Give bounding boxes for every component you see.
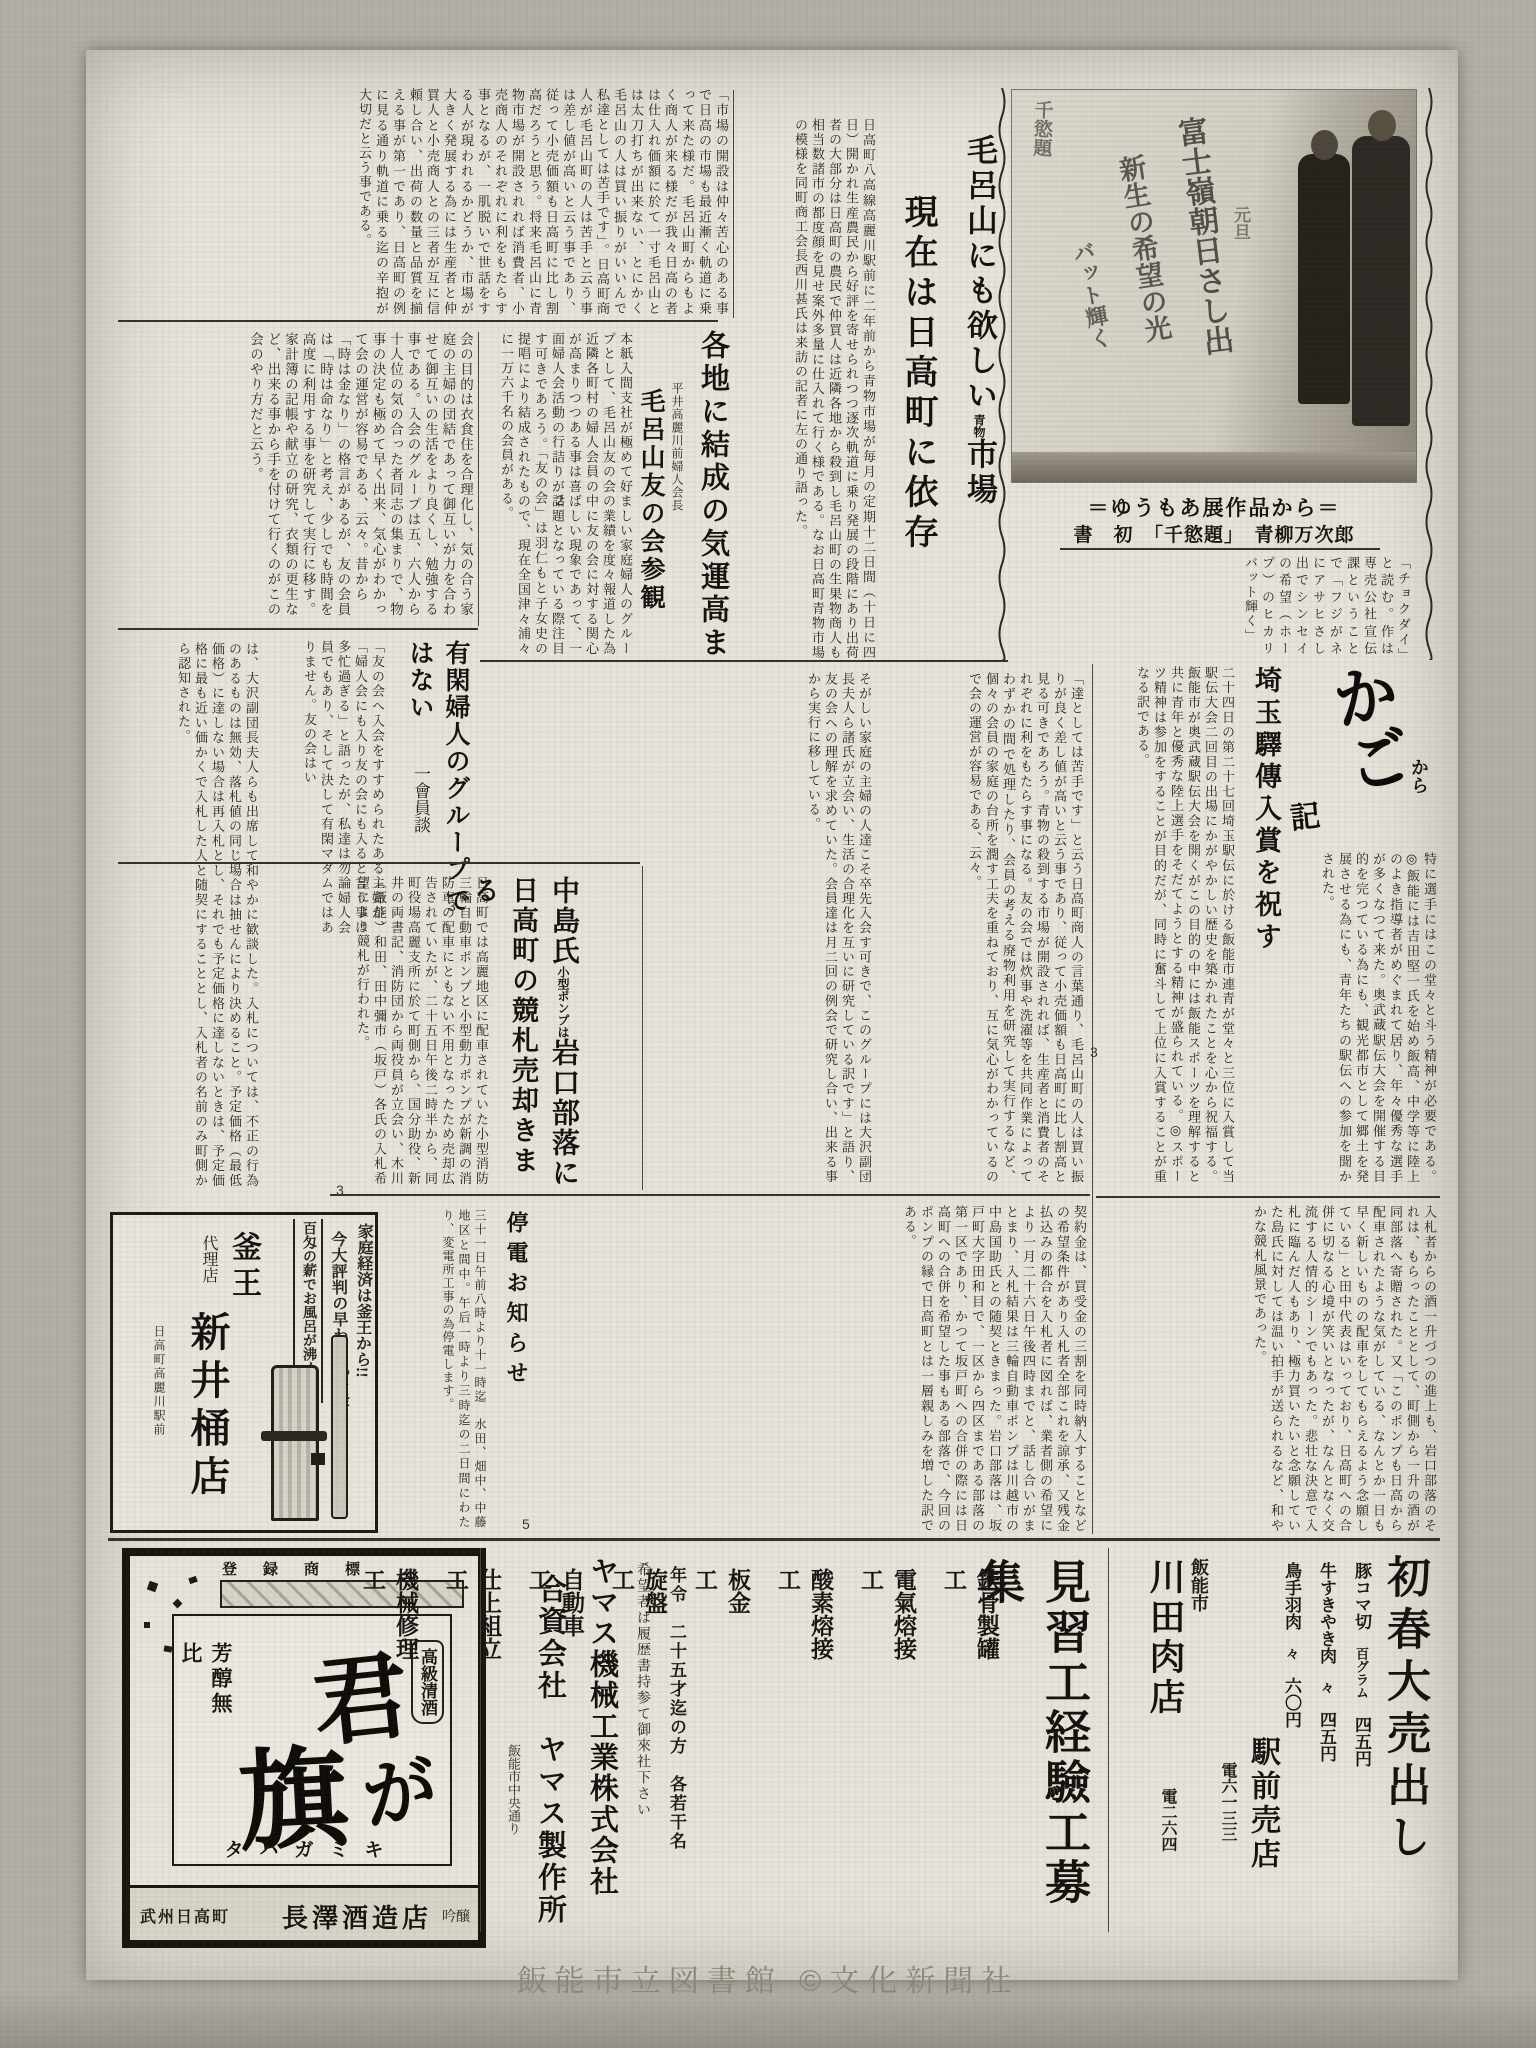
column-divider xyxy=(478,332,479,626)
meat-item-price: 六〇円 xyxy=(1282,1677,1301,1728)
photo-calligraphy-line3: バット輝く xyxy=(1066,238,1117,352)
ad-meat-headline: 初春大売出し xyxy=(1372,1554,1436,1928)
column-divider xyxy=(642,866,643,1190)
power-outage-body: 三十一日午前八時より十一時迄 水田、畑中、中藤地区と間中。午后一時より三時迄の二… xyxy=(384,1209,488,1529)
ads-top-rule xyxy=(108,1538,1440,1541)
job-column: 機械修理工 xyxy=(357,1568,423,1868)
job-suffix: 工 xyxy=(772,1568,805,1868)
ad-arai-dealer: 代理店 xyxy=(197,1235,220,1283)
count-value: 各若干名 xyxy=(667,1775,686,1851)
ad-meat-store2: 川田肉店 xyxy=(1140,1558,1191,1778)
section-rule xyxy=(330,1194,1090,1196)
job-name: 仕上組立 xyxy=(473,1568,506,1868)
ad-arai-shop: 新井桶店 xyxy=(179,1311,236,1503)
ad-recruit-company1: ヤマス機械工業株式会社 xyxy=(582,1556,623,1930)
job-column: 鉄骨製罐工 xyxy=(938,1568,1004,1868)
column-divider xyxy=(733,90,734,318)
section-rule xyxy=(118,320,718,322)
ad-sake-brewery: 長澤酒造店 xyxy=(282,1898,432,1935)
photo-caption-note: 「チョクダイ」と読む。作は専売公社宣伝課ということで「フジがネにアサヒさし出でシ… xyxy=(1096,556,1412,656)
heater-body xyxy=(271,1365,319,1521)
photo-calligraphy-title: 千慾題 xyxy=(1027,100,1056,158)
ad-recruit-conditions: 年令 二十五才迄の方 各若干名 xyxy=(664,1566,689,1926)
job-column: 仕上組立工 xyxy=(440,1568,506,1868)
ad-recruit-note: 希望者は履歴書持参て御來社下さい xyxy=(632,1562,652,1928)
bottom-strip-continuation: 契約金は、買受金の三割を同時納入することなどの希望条件があり入札者全部これを諒承… xyxy=(545,1205,1088,1533)
ad-divider xyxy=(1108,1548,1109,1932)
photo-shelf xyxy=(1012,452,1416,482)
visitor-figure xyxy=(1298,154,1350,404)
wavy-border-right xyxy=(1424,88,1434,660)
article-produce-market-headline: 毛呂山にも欲しい青物市場 現在は日高町に依存 xyxy=(880,134,1002,654)
job-column: 板金工 xyxy=(689,1568,755,1868)
ad-arai-product: 釜王 xyxy=(221,1231,265,1303)
exhibit-photo: 千慾題 富士嶺朝日さし出 新生の希望の光 バット輝く 元旦 xyxy=(1012,90,1416,482)
photo-caption-credit: 書 初 「千慾題」 青柳万次郎 xyxy=(1012,520,1416,547)
section-rule-dotted xyxy=(1096,1196,1440,1198)
headline-deck1-tail: 市場 xyxy=(962,438,997,508)
ad-meat-phone1: 電六一三三 xyxy=(1216,1762,1239,1926)
photo-calligraphy-line2: 新生の希望の光 xyxy=(1109,152,1177,345)
heater-tap xyxy=(311,1453,325,1465)
job-suffix: 工 xyxy=(440,1568,473,1868)
meat-item-unit: 々 xyxy=(1319,1681,1334,1694)
continuation-mark: 2 xyxy=(556,492,564,508)
article-bid-lead: 日高町では高麗地区に配車されていた小型消防三輪自動車ポンプと小型動力ポンプが新調… xyxy=(330,876,490,1186)
meat-item-name: 鳥手羽肉 xyxy=(1282,1562,1301,1630)
meat-item-name: 豚コマ切 xyxy=(1352,1562,1371,1630)
section-rule xyxy=(480,660,1008,662)
ad-meat-store1: 駅前売店 xyxy=(1240,1736,1284,1926)
column-body-1: 二十四日の第二十七回埼玉駅伝に於ける飯能市連青が堂々と三位に入賞して当駅伝大会二… xyxy=(1098,666,1236,1184)
job-suffix: 工 xyxy=(938,1568,971,1868)
article-produce-market-lead: 日高町八高線高麗川駅前に二年前から青物市場が毎月の定期十二日間（十日に四日）開か… xyxy=(737,118,877,660)
ink-smudge xyxy=(144,1622,150,1628)
column-body-2: 特に選手にはこの堂々と斗う精神が必要である。◎飯能には吉田堅一氏を始め飯高、中学… xyxy=(1246,852,1438,1184)
column-logo-seal: 記 xyxy=(1288,791,1322,838)
section-rule xyxy=(118,628,478,630)
job-suffix: 工 xyxy=(855,1568,888,1868)
meat-item: 牛すきやき肉 々 四五円 xyxy=(1314,1562,1339,1862)
headline-deck2: 現在は日高町に依存 xyxy=(894,194,943,554)
bath-heater-illustration xyxy=(253,1335,363,1520)
meat-item-price: 四五円 xyxy=(1317,1711,1336,1762)
visitor-figure xyxy=(1352,136,1410,426)
ad-arai-address: 日高町高麗川駅前 xyxy=(151,1325,168,1437)
job-column: 電氣熔接工 xyxy=(855,1568,921,1868)
article-bid-headline-place: 岩口部落に xyxy=(548,1038,579,1188)
ad-sake-quality: 芳醇無比 xyxy=(192,1642,236,1738)
visitor-head xyxy=(1311,130,1338,160)
article-pump-story: 入札者からの酒一升づつの進上も、岩口部落のそれは、もらったこととして、町側から一… xyxy=(1098,1205,1438,1533)
article-yukan-attribution: 一會員談 xyxy=(408,765,433,833)
column-logo: かご から 記 xyxy=(1284,662,1434,842)
ad-sake-place: 武州日高町 xyxy=(140,1904,230,1927)
ad-recruit-company2: 合資会社 ヤマス製作所 xyxy=(530,1574,571,1930)
job-name: 電氣熔接 xyxy=(888,1568,921,1868)
headline-deck1-ruby: 青物 xyxy=(972,414,986,438)
article-bid-headline-ruby: 小型ポンプは xyxy=(556,966,570,1038)
article-produce-market-body: 「市場の開設は仲々苦心のある事で日高の市場も最近漸く軌道に乗って来た様だ。毛呂山… xyxy=(118,88,730,316)
meat-item-name: 牛すきやき肉 xyxy=(1317,1562,1336,1664)
headline-deck1: 毛呂山にも欲しい青物市場 xyxy=(962,134,997,508)
article-bid-headline-block: 中島氏小型ポンプは岩口部落に 日高町の競札売却きまる xyxy=(497,876,583,1194)
article-yukan-headline1: 有閑婦人のグループ xyxy=(442,640,470,883)
job-column: 酸素熔接工 xyxy=(772,1568,838,1868)
column-divider xyxy=(1092,664,1093,1534)
continuation-mark: 5 xyxy=(522,1516,530,1532)
left-column-continuation: は、大沢副団長夫人らも出席して和やかに歓談した。入札については、不正の行為のある… xyxy=(118,642,260,1188)
meat-item: 豚コマ切 百グラム 四五円 xyxy=(1349,1562,1374,1862)
ad-sake-note: 吟醸 xyxy=(442,1906,470,1926)
column-logo-sub: から xyxy=(1406,758,1432,794)
visitor-head xyxy=(1368,110,1396,141)
age-value: 二十五才迄の方 xyxy=(667,1623,686,1756)
continuation-mark: 3 xyxy=(336,1182,344,1198)
article-tomonokai-byline: 平井高麗川前婦人会長 xyxy=(670,382,684,512)
article-tomonokai-deck: 毛呂山友の会参観 xyxy=(632,388,668,612)
job-suffix: 工 xyxy=(689,1568,722,1868)
ad-arai-okeya: 家庭経済は釜王から!! 今大評判の早わき風呂釜 百匁の薪でお風呂が沸く 釜王 代… xyxy=(110,1212,378,1533)
section-rule xyxy=(118,862,640,864)
ad-sake-footer: 武州日高町 長澤酒造店 吟醸 xyxy=(130,1885,478,1940)
ad-meat-items: 豚コマ切 百グラム 四五円 牛すきやき肉 々 四五円 鳥手羽肉 々 六〇円 xyxy=(1279,1562,1374,1862)
continuation-mark: 3 xyxy=(1090,1044,1098,1060)
ink-smudge xyxy=(147,1581,159,1593)
age-label: 年令 xyxy=(667,1566,686,1604)
article-tomonokai-headline: 各地に結成の気運高まる xyxy=(688,330,734,660)
heater-flange xyxy=(261,1431,327,1441)
article-tomonokai-byline-block: 平井高麗川前婦人会長 毛呂山友の会参観 xyxy=(638,382,686,658)
job-name: 板金 xyxy=(722,1568,755,1868)
article-bid-headline-name: 中島氏 xyxy=(548,876,579,966)
meat-item-price: 四五円 xyxy=(1352,1716,1371,1767)
ad-meat-phone2: 電二六四 xyxy=(1156,1788,1179,1928)
scan-shadow-bottom xyxy=(0,1988,1536,2048)
article-tomonokai-body: 会の目的は衣食住を合理化し、気の合う家庭の主婦の団結であって御互いが力を合わせて… xyxy=(118,332,474,622)
heater-pipe xyxy=(331,1335,348,1519)
ad-recruit-yamasu: 見習工経驗工募集 鉄骨製罐工 電氣熔接工 酸素熔接工 板金工 旋盤工 自動車工 … xyxy=(486,1548,1104,1934)
headline-deck1-main: 毛呂山にも欲しい xyxy=(962,134,997,414)
meat-item-unit: 百グラム xyxy=(1354,1647,1369,1699)
continuation-mark: 3 xyxy=(448,898,456,914)
newspaper-page: 千慾題 富士嶺朝日さし出 新生の希望の光 バット輝く 元旦 ＝ゆうもあ展作品から… xyxy=(0,0,1536,2048)
ink-smudge xyxy=(173,1599,183,1609)
ad-divider xyxy=(480,1548,481,1932)
job-name: 機械修理 xyxy=(390,1568,423,1868)
middle-column-continuation-1: 「達としては苦手です」と云う日高町商人の言葉通り、毛呂山町の人は買い振りが良く差… xyxy=(880,672,1085,1184)
photo-calligraphy-date: 元旦 xyxy=(1228,206,1253,240)
job-name: 酸素熔接 xyxy=(805,1568,838,1868)
caption-rule xyxy=(1060,548,1380,550)
power-outage-headline: 停電お知らせ xyxy=(501,1211,532,1511)
job-name: 鉄骨製罐 xyxy=(971,1568,1004,1868)
job-suffix: 工 xyxy=(357,1568,390,1868)
photo-caption: ＝ゆうもあ展作品から＝ xyxy=(1012,492,1416,522)
meat-item-unit: 々 xyxy=(1284,1647,1299,1660)
middle-column-continuation-2: そがしい家庭の主婦の人達こそ卒先入会す可きで、このグループには大沢副団長夫人ら諸… xyxy=(745,672,873,1184)
ad-recruit-address: 飯能市中央通り xyxy=(504,1744,523,1930)
article-bid-headline1: 中島氏小型ポンプは岩口部落に xyxy=(548,876,579,1188)
ad-meat-shop: 初春大売出し 豚コマ切 百グラム 四五円 牛すきやき肉 々 四五円 鳥手羽肉 々… xyxy=(1112,1548,1440,1934)
power-outage-notice: 停電お知らせ 三十一日午前八時より十一時迄 水田、畑中、中藤地区と間中。午后一時… xyxy=(380,1205,532,1533)
